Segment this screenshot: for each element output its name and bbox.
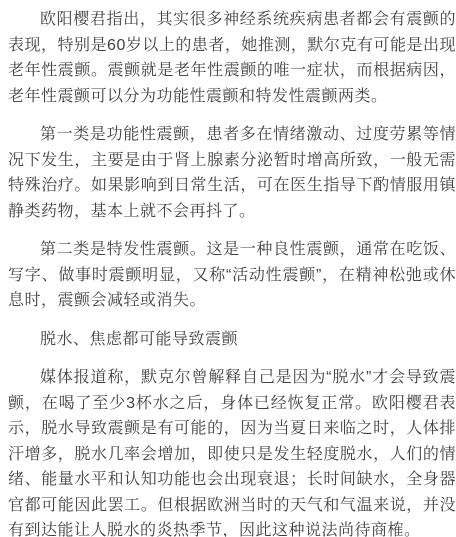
section-heading: 脱水、焦虑都可能导致震颤 <box>8 327 456 353</box>
article-paragraph-1: 欧阳樱君指出，其实很多神经系统疾病患者都会有震颤的表现，特别是60岁以上的患者，… <box>8 7 456 109</box>
article-paragraph-2: 第一类是功能性震颤，患者多在情绪激动、过度劳累等情况下发生，主要是由于肾上腺素分… <box>8 122 456 224</box>
article-paragraph-4: 媒体报道称，默克尔曾解释自己是因为“脱水”才会导致震颤，在喝了至少3杯水之后，身… <box>8 365 456 537</box>
article-paragraph-3: 第二类是特发性震颤。这是一种良性震颤，通常在吃饭、写字、做事时震颤明显，又称“活… <box>8 237 456 314</box>
article-body: 欧阳樱君指出，其实很多神经系统疾病患者都会有震颤的表现，特别是60岁以上的患者，… <box>0 0 456 537</box>
